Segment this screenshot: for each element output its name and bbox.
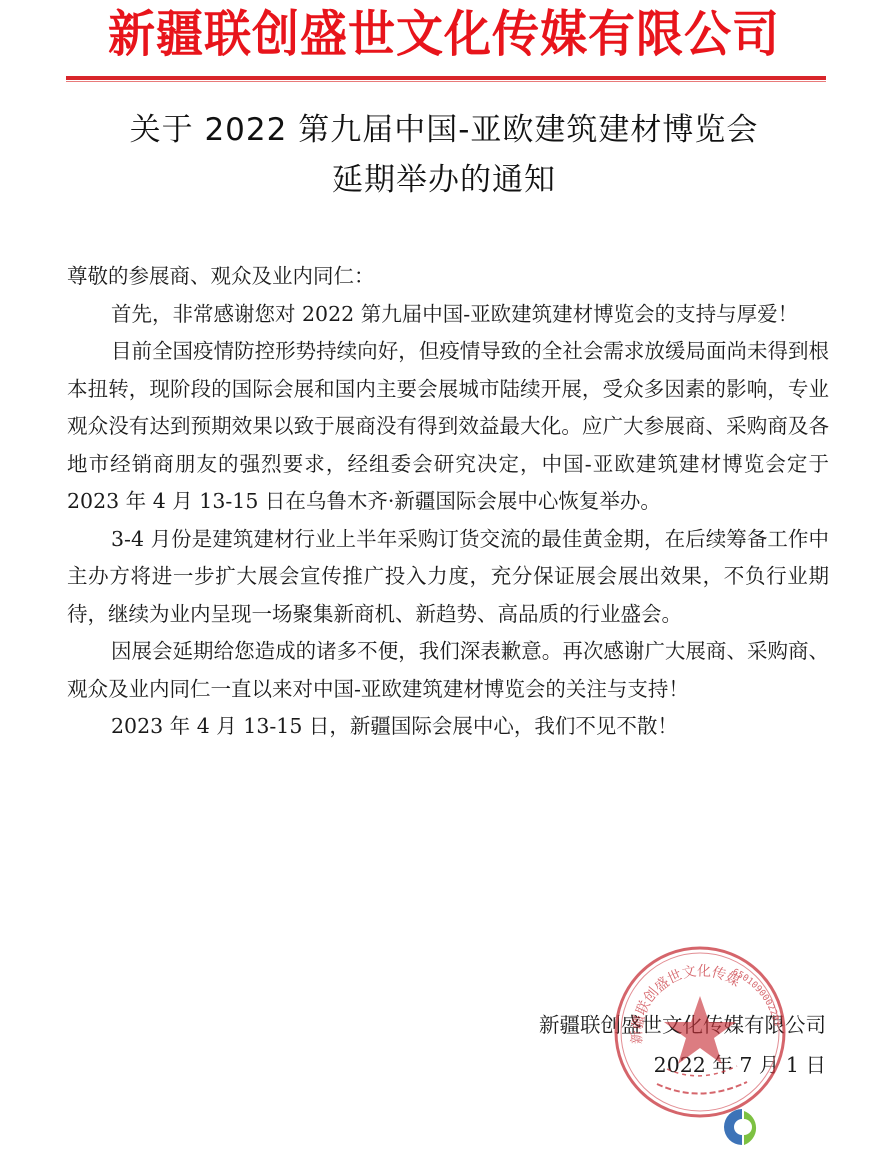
salutation: 尊敬的参展商、观众及业内同仁： — [67, 258, 829, 296]
letterhead-company-name: 新疆联创盛世文化传媒有限公司 — [0, 5, 888, 66]
seal-star-icon — [664, 996, 736, 1064]
letterhead-divider-thin — [66, 81, 826, 82]
letterhead-divider — [66, 76, 826, 80]
watermark-logo-icon — [718, 1105, 766, 1149]
notice-title-line1: 关于 2022 第九届中国-亚欧建筑建材博览会 — [0, 104, 888, 149]
paragraph-thanks: 首先，非常感谢您对 2022 第九届中国-亚欧建筑建材博览会的支持与厚爱！ — [67, 296, 829, 334]
official-seal-stamp: 新疆联创盛世文化传媒有限公司 6501090002283 — [612, 944, 788, 1120]
notice-body: 尊敬的参展商、观众及业内同仁： 首先，非常感谢您对 2022 第九届中国-亚欧建… — [67, 258, 829, 746]
notice-title-line2: 延期举办的通知 — [0, 154, 888, 199]
paragraph-closing: 2023 年 4 月 13-15 日，新疆国际会展中心，我们不见不散！ — [67, 708, 829, 746]
paragraph-decision: 目前全国疫情防控形势持续向好，但疫情导致的全社会需求放缓局面尚未得到根本扭转，现… — [67, 333, 829, 521]
paragraph-preparation: 3-4 月份是建筑建材行业上半年采购订货交流的最佳黄金期，在后续筹备工作中主办方… — [67, 521, 829, 634]
paragraph-apology: 因展会延期给您造成的诸多不便，我们深表歉意。再次感谢广大展商、采购商、观众及业内… — [67, 633, 829, 708]
